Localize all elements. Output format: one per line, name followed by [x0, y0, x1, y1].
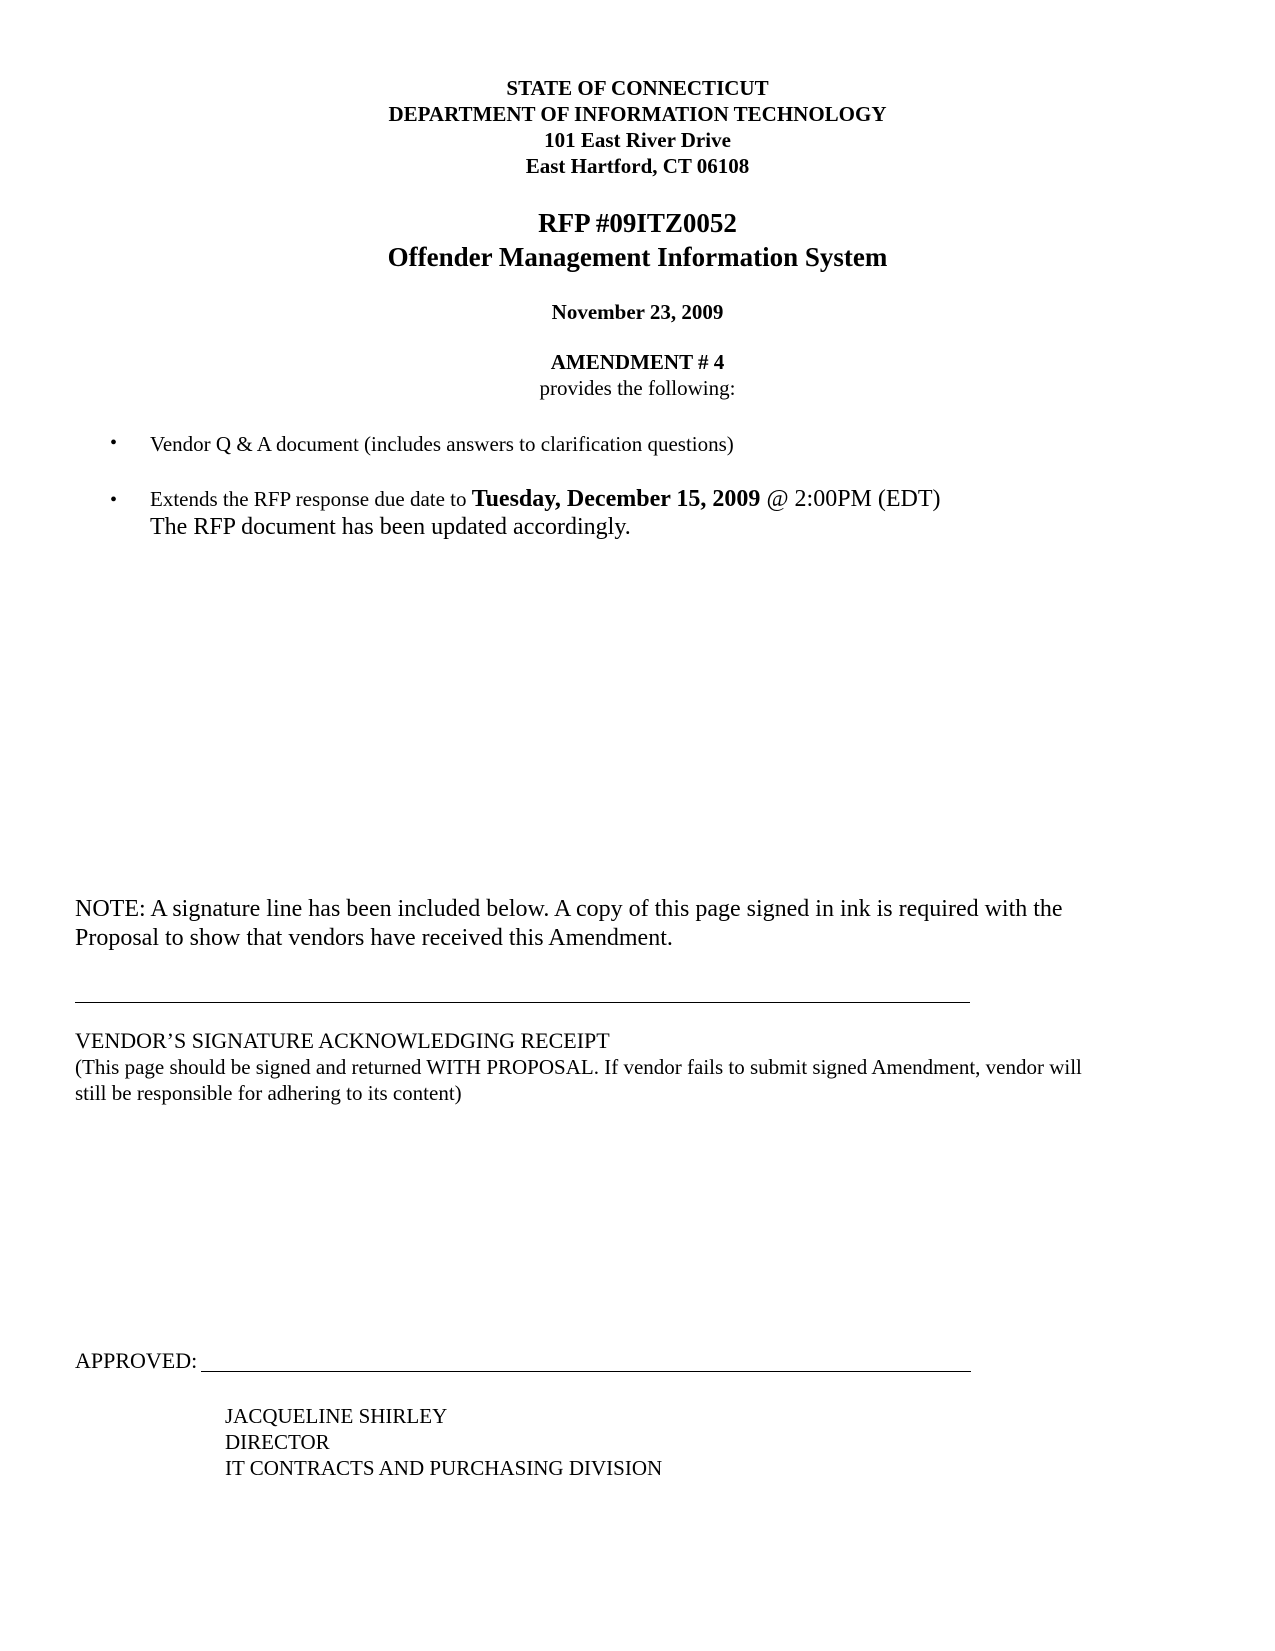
vendor-signature-line [75, 1002, 970, 1003]
list-item: Extends the RFP response due date to Tue… [150, 486, 941, 513]
vendor-instructions-line-2: still be responsible for adhering to its… [75, 1080, 1205, 1106]
amendment-intro: provides the following: [0, 376, 1275, 401]
approver-block: JACQUELINE SHIRLEY DIRECTOR IT CONTRACTS… [225, 1403, 662, 1481]
note-line-2: Proposal to show that vendors have recei… [75, 924, 1205, 953]
due-date-prefix: Extends the RFP response due date to [150, 487, 472, 511]
state-name: STATE OF CONNECTICUT [0, 75, 1275, 101]
rfp-name: Offender Management Information System [0, 240, 1275, 274]
due-time: @ 2:00PM (EDT) [760, 486, 940, 512]
vendor-signature-label: VENDOR’S SIGNATURE ACKNOWLEDGING RECEIPT [75, 1028, 1205, 1054]
approver-name: JACQUELINE SHIRLEY [225, 1403, 662, 1429]
approved-signature-line [201, 1371, 971, 1372]
approved-label: APPROVED: [75, 1348, 197, 1374]
bullet-icon: • [110, 489, 117, 512]
letterhead: STATE OF CONNECTICUT DEPARTMENT OF INFOR… [0, 75, 1275, 179]
list-item: Vendor Q & A document (includes answers … [150, 432, 734, 457]
vendor-instructions-line-1: (This page should be signed and returned… [75, 1054, 1205, 1080]
due-date-note: The RFP document has been updated accord… [150, 514, 631, 541]
signature-note: NOTE: A signature line has been included… [75, 895, 1205, 953]
document-date: November 23, 2009 [0, 300, 1275, 325]
address-city: East Hartford, CT 06108 [0, 153, 1275, 179]
amendment-title: AMENDMENT # 4 [0, 350, 1275, 375]
approver-title: DIRECTOR [225, 1429, 662, 1455]
bullet-icon: • [110, 432, 117, 455]
rfp-number: RFP #09ITZ0052 [0, 206, 1275, 240]
rfp-title-block: RFP #09ITZ0052 Offender Management Infor… [0, 206, 1275, 274]
vendor-signature-block: VENDOR’S SIGNATURE ACKNOWLEDGING RECEIPT… [75, 1028, 1205, 1106]
due-date: Tuesday, December 15, 2009 [472, 486, 761, 512]
department-name: DEPARTMENT OF INFORMATION TECHNOLOGY [0, 101, 1275, 127]
note-line-1: NOTE: A signature line has been included… [75, 895, 1205, 924]
approver-division: IT CONTRACTS AND PURCHASING DIVISION [225, 1455, 662, 1481]
address-street: 101 East River Drive [0, 127, 1275, 153]
